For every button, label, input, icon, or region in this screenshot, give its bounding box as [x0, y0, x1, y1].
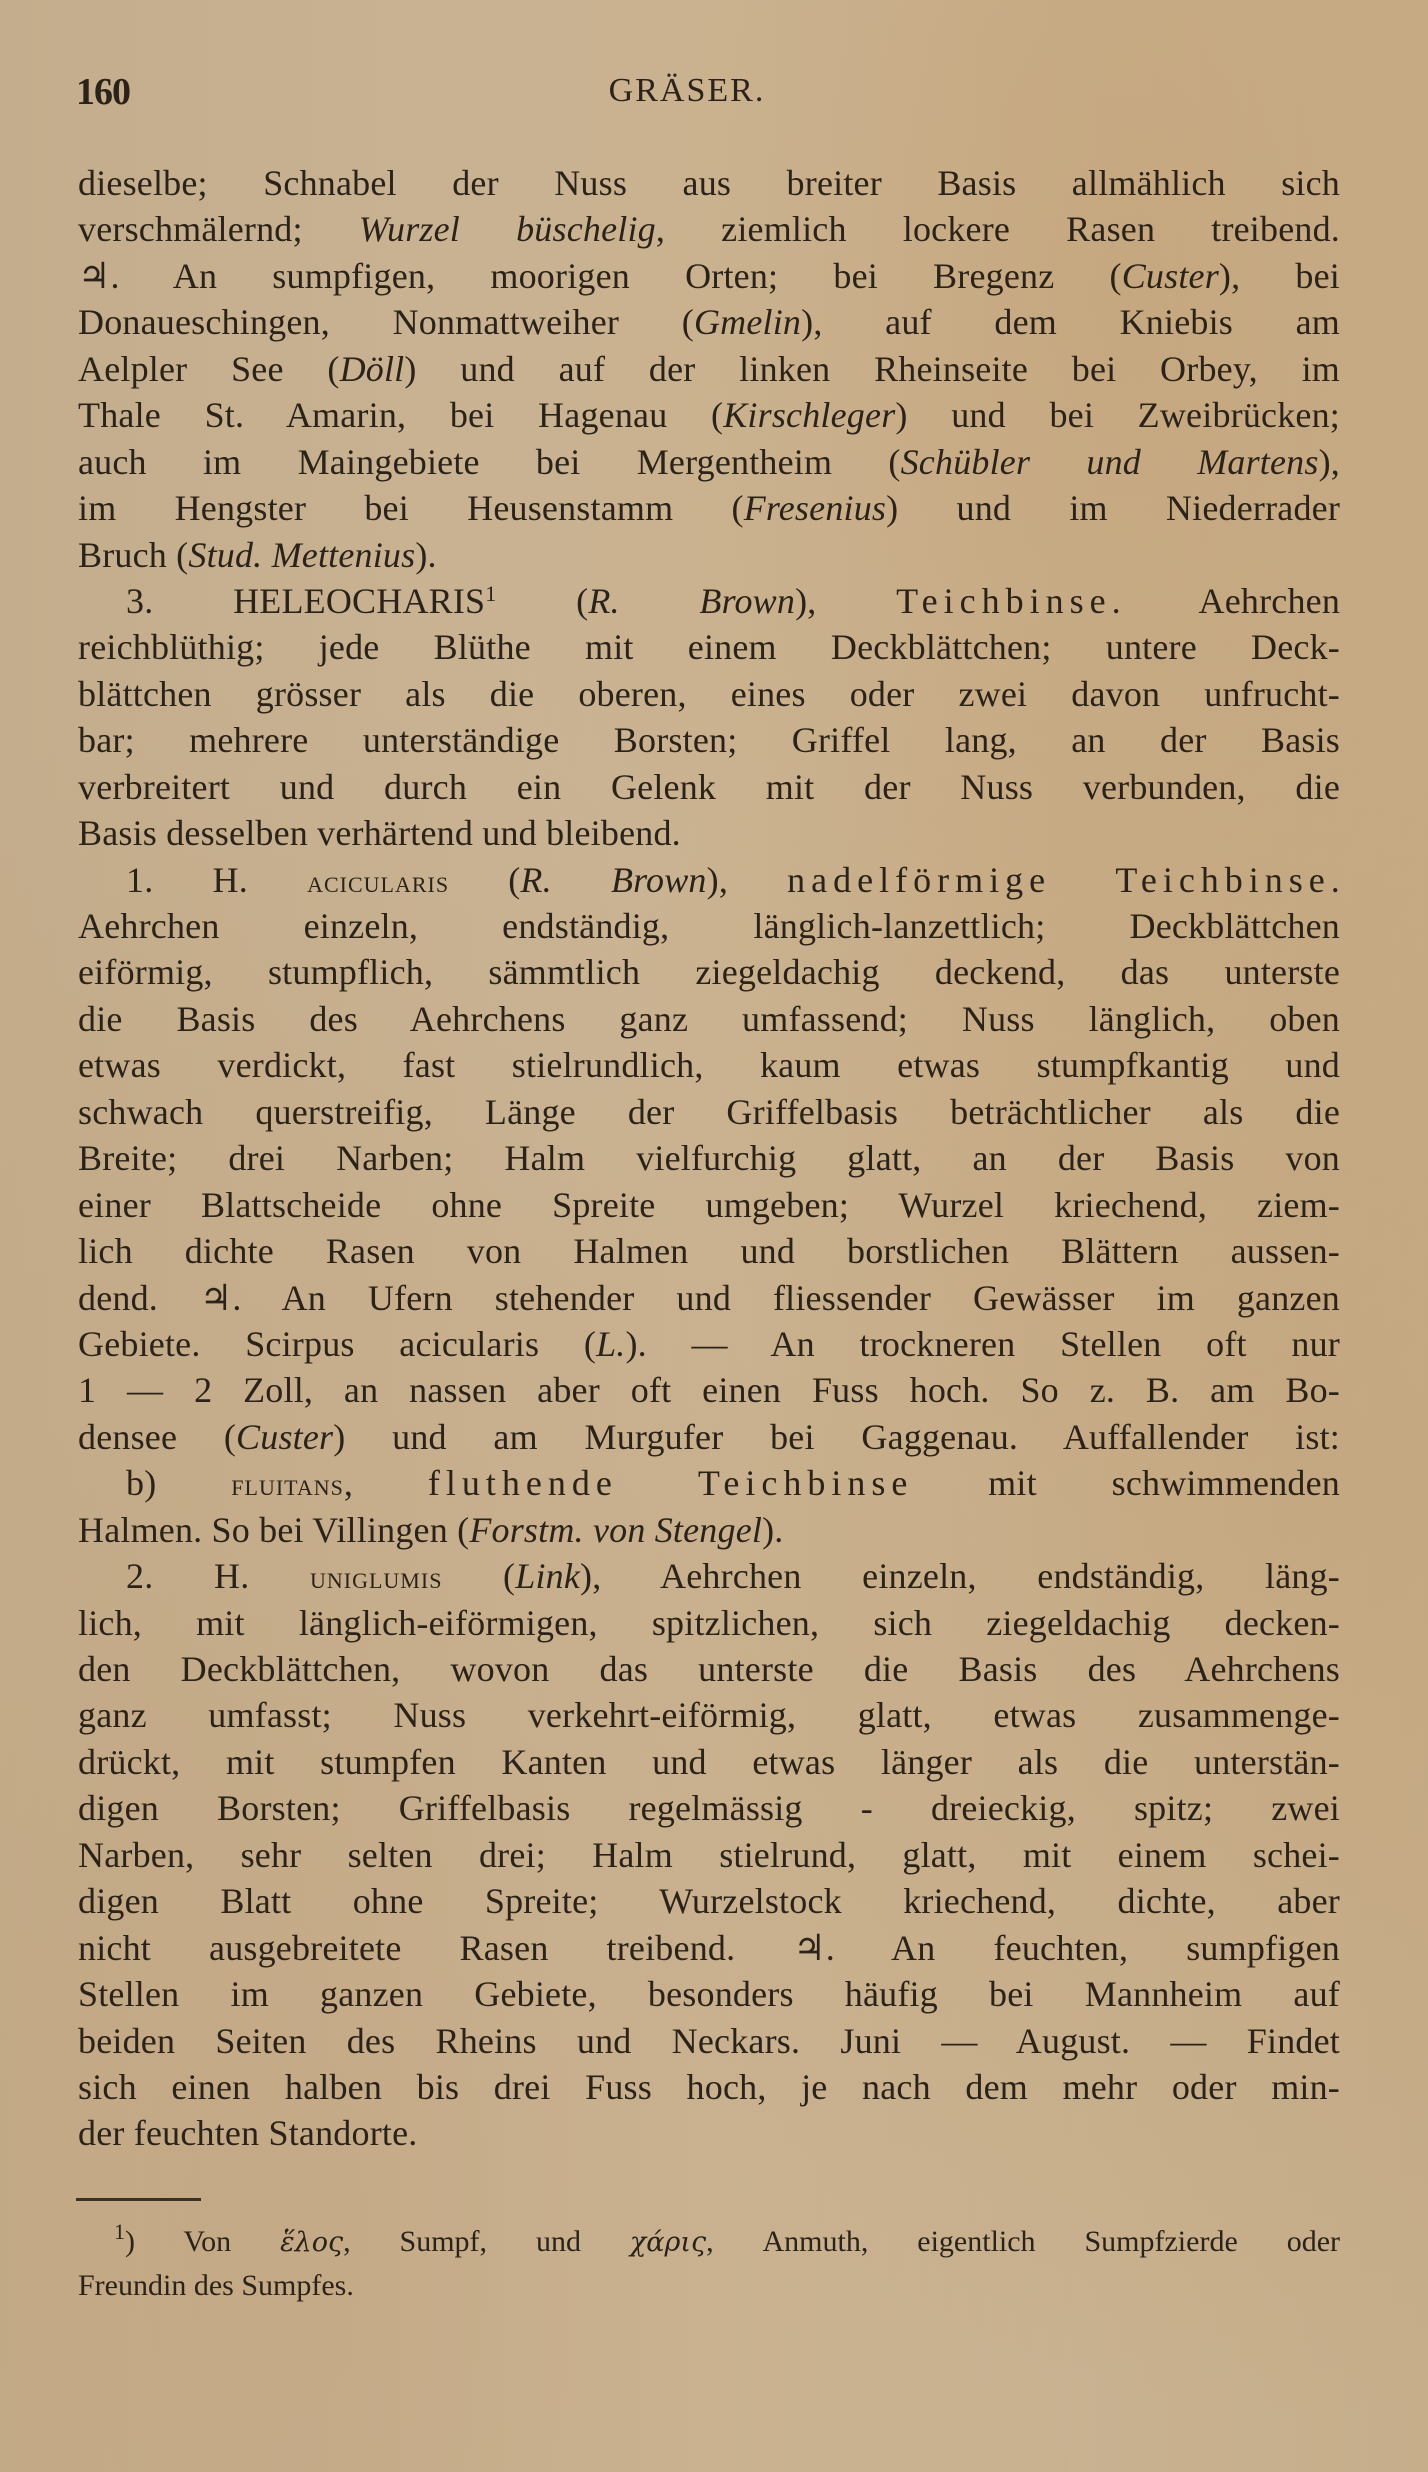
text-line: digen Blatt ohne Spreite; Wurzelstock kr… — [78, 1878, 1340, 1924]
text-line: etwas verdickt, fast stielrundlich, kaum… — [78, 1042, 1340, 1088]
text-line: 1 — 2 Zoll, an nassen aber oft einen Fus… — [78, 1367, 1340, 1413]
common-name: nadelförmige Teichbinse — [787, 860, 1331, 900]
text-line: im Hengster bei Heusenstamm (Fresenius) … — [78, 485, 1340, 531]
text-line: digen Borsten; Griffelbasis regelmässig … — [78, 1785, 1340, 1831]
body-text: dieselbe; Schnabel der Nuss aus breiter … — [78, 160, 1340, 2157]
text-line: dend. ♃. An Ufern stehender und fliessen… — [78, 1275, 1340, 1321]
greek-word: ἕλος — [280, 2227, 343, 2258]
book-page: 160 GRÄSER. dieselbe; Schnabel der Nuss … — [0, 0, 1428, 2472]
italic-citation: Stud. Mettenius — [188, 535, 415, 575]
text-line: Bruch (Stud. Mettenius). — [78, 532, 1340, 578]
text-line: Aelpler See (Döll) und auf der linken Rh… — [78, 346, 1340, 392]
text-line: 3. HELEOCHARIS1 (R. Brown), Teichbinse. … — [78, 578, 1340, 624]
text-line: densee (Custer) und am Murgufer bei Gagg… — [78, 1414, 1340, 1460]
running-head: 160 GRÄSER. — [76, 70, 1358, 120]
common-name: Teichbinse — [896, 581, 1111, 621]
text-line: einer Blattscheide ohne Spreite umgeben;… — [78, 1182, 1340, 1228]
italic-citation: Link — [515, 1556, 580, 1596]
text-line: Breite; drei Narben; Halm vielfurchig gl… — [78, 1135, 1340, 1181]
text-line: b) fluitans, fluthende Teichbinse mit sc… — [78, 1460, 1340, 1506]
text-line: Narben, sehr selten drei; Halm stielrund… — [78, 1832, 1340, 1878]
text-line: ♃. An sumpfigen, moorigen Orten; bei Bre… — [78, 253, 1340, 299]
italic-citation: Kirschleger — [723, 395, 895, 435]
italic-citation: L. — [596, 1324, 625, 1364]
species-epithet: acicularis — [307, 864, 449, 899]
italic-citation: Döll — [340, 349, 405, 389]
text-line: Gebiete. Scirpus acicularis (L.). — An t… — [78, 1321, 1340, 1367]
common-name: fluthende Teichbinse — [428, 1463, 913, 1503]
species-epithet: uniglumis — [310, 1560, 442, 1595]
text-line: dieselbe; Schnabel der Nuss aus breiter … — [78, 160, 1340, 206]
italic-citation: R. Brown — [588, 581, 795, 621]
text-line: Donaueschingen, Nonmattweiher (Gmelin), … — [78, 299, 1340, 345]
text-line: Thale St. Amarin, bei Hagenau (Kirschleg… — [78, 392, 1340, 438]
text-line: reichblüthig; jede Blüthe mit einem Deck… — [78, 624, 1340, 670]
text-line: lich dichte Rasen von Halmen und borstli… — [78, 1228, 1340, 1274]
italic-citation: Gmelin — [694, 302, 801, 342]
text-line: die Basis des Aehrchens ganz umfassend; … — [78, 996, 1340, 1042]
footnotes: 1) Von ἕλος, Sumpf, und χάρις, Anmuth, e… — [78, 2220, 1340, 2308]
text-line: eiförmig, stumpflich, sämmtlich ziegelda… — [78, 949, 1340, 995]
text-line: nicht ausgebreitete Rasen treibend. ♃. A… — [78, 1925, 1340, 1971]
footnote-line: 1) Von ἕλος, Sumpf, und χάρις, Anmuth, e… — [78, 2220, 1340, 2264]
text-line: schwach querstreifig, Länge der Griffelb… — [78, 1089, 1340, 1135]
text-line: bar; mehrere unterständige Borsten; Grif… — [78, 717, 1340, 763]
text-line: drückt, mit stumpfen Kanten und etwas lä… — [78, 1739, 1340, 1785]
text-line: Halmen. So bei Villingen (Forstm. von St… — [78, 1507, 1340, 1553]
footnote-marker: 1 — [114, 2219, 125, 2244]
italic-citation: Fresenius — [744, 488, 886, 528]
text-line: ganz umfasst; Nuss verkehrt-eiförmig, gl… — [78, 1692, 1340, 1738]
text-line: den Deckblättchen, wovon das unterste di… — [78, 1646, 1340, 1692]
italic-citation: Forstm. von Stengel — [469, 1510, 762, 1550]
italic-citation: Schübler und Martens — [901, 442, 1319, 482]
italic-citation: R. Brown — [520, 860, 706, 900]
footnote-line: Freundin des Sumpfes. — [78, 2264, 1340, 2308]
text-line: der feuchten Standorte. — [78, 2110, 1340, 2156]
italic-citation: Custer — [1122, 256, 1219, 296]
text-line: Aehrchen einzeln, endständig, länglich-l… — [78, 903, 1340, 949]
text-line: Basis desselben verhärtend und bleibend. — [78, 810, 1340, 856]
text-line: Stellen im ganzen Gebiete, besonders häu… — [78, 1971, 1340, 2017]
text-line: 2. H. uniglumis (Link), Aehrchen einzeln… — [78, 1553, 1340, 1599]
text-line: verbreitert und durch ein Gelenk mit der… — [78, 764, 1340, 810]
footnote-marker: 1 — [485, 581, 496, 606]
text-line: lich, mit länglich-eiförmigen, spitzlich… — [78, 1600, 1340, 1646]
text-line: 1. H. acicularis (R. Brown), nadelförmig… — [78, 857, 1340, 903]
text-line: beiden Seiten des Rheins und Neckars. Ju… — [78, 2018, 1340, 2064]
text-line: verschmälernd; Wurzel büschelig, ziemlic… — [78, 206, 1340, 252]
running-title: GRÄSER. — [16, 72, 1358, 110]
footnote-rule — [76, 2198, 201, 2201]
species-epithet: fluitans — [231, 1467, 344, 1502]
italic-citation: Wurzel büschelig — [359, 209, 656, 249]
text-line: auch im Maingebiete bei Mergentheim (Sch… — [78, 439, 1340, 485]
text-line: sich einen halben bis drei Fuss hoch, je… — [78, 2064, 1340, 2110]
italic-citation: Custer — [236, 1417, 333, 1457]
text-line: blättchen grösser als die oberen, eines … — [78, 671, 1340, 717]
greek-word: χάρις — [630, 2227, 706, 2258]
